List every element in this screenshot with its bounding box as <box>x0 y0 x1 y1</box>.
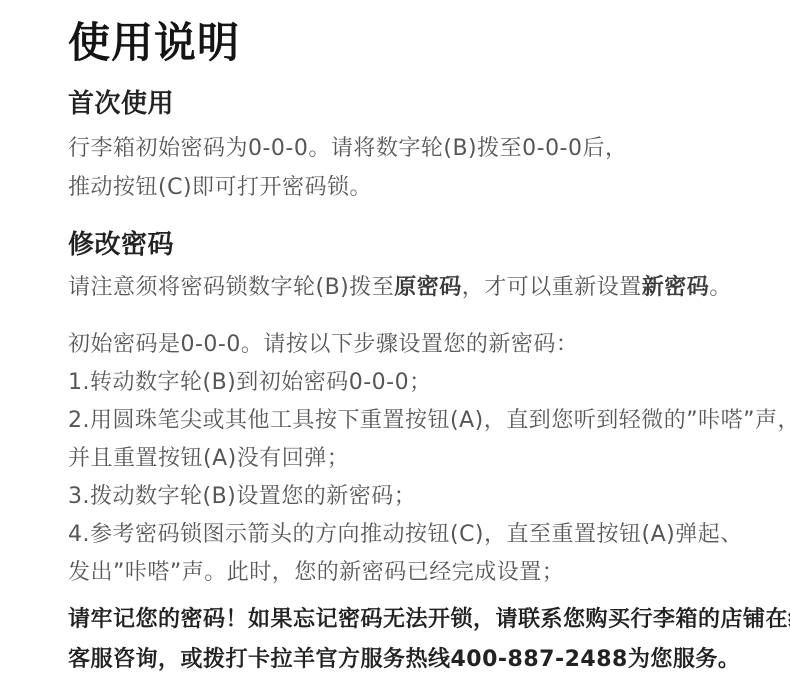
warning-line: 请牢记您的密码！如果忘记密码无法开锁，请联系您购买行李箱的店铺在线 <box>68 600 750 640</box>
step-line-2-continued: 并且重置按钮(A)没有回弹； <box>68 440 750 478</box>
text-line: 行李箱初始密码为0-0-0。请将数字轮(B)拨至0-0-0后， <box>68 129 750 168</box>
change-password-notice: 请注意须将密码锁数字轮(B)拨至原密码，才可以重新设置新密码。 <box>68 268 750 307</box>
page-title: 使用说明 <box>68 20 750 66</box>
notice-text-pre: 请注意须将密码锁数字轮(B)拨至 <box>68 275 394 300</box>
warning-paragraph: 请牢记您的密码！如果忘记密码无法开锁，请联系您购买行李箱的店铺在线 客服咨询，或… <box>68 600 750 680</box>
password-steps-paragraph: 初始密码是0-0-0。请按以下步骤设置您的新密码： 1.转动数字轮(B)到初始密… <box>68 326 750 592</box>
first-use-paragraph: 行李箱初始密码为0-0-0。请将数字轮(B)拨至0-0-0后， 推动按钮(C)即… <box>68 129 750 207</box>
warning-line: 客服咨询，或拨打卡拉羊官方服务热线400-887-2488为您服务。 <box>68 640 750 680</box>
notice-text-post: 。 <box>709 275 732 300</box>
section-heading-first-use: 首次使用 <box>68 88 750 120</box>
text-line: 请注意须将密码锁数字轮(B)拨至原密码，才可以重新设置新密码。 <box>68 268 750 307</box>
steps-intro-line: 初始密码是0-0-0。请按以下步骤设置您的新密码： <box>68 326 750 364</box>
step-line-3: 3.拨动数字轮(B)设置您的新密码； <box>68 478 750 516</box>
step-line-1: 1.转动数字轮(B)到初始密码0-0-0； <box>68 364 750 402</box>
old-password-emphasis: 原密码 <box>394 275 462 300</box>
step-line-2: 2.用圆珠笔尖或其他工具按下重置按钮(A)，直到您听到轻微的”咔嗒”声， <box>68 402 750 440</box>
text-line: 推动按钮(C)即可打开密码锁。 <box>68 168 750 207</box>
step-line-4-continued: 发出”咔嗒”声。此时，您的新密码已经完成设置； <box>68 554 750 592</box>
new-password-emphasis: 新密码 <box>642 275 710 300</box>
notice-text-mid: ，才可以重新设置 <box>462 275 642 300</box>
step-line-4: 4.参考密码锁图示箭头的方向推动按钮(C)，直至重置按钮(A)弹起、 <box>68 516 750 554</box>
instruction-page: 使用说明 首次使用 行李箱初始密码为0-0-0。请将数字轮(B)拨至0-0-0后… <box>0 0 790 680</box>
section-heading-change-password: 修改密码 <box>68 229 750 261</box>
